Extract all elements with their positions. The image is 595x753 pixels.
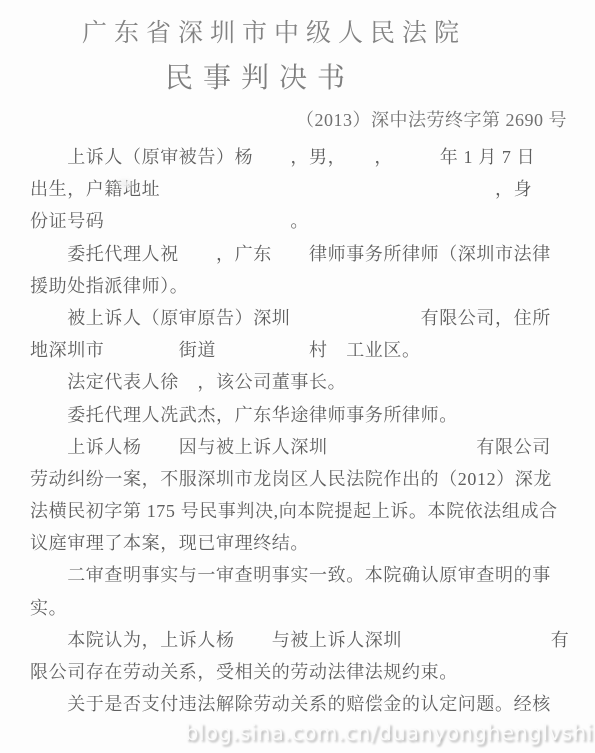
court-name-heading: 广东省深圳市中级人民法院 (0, 13, 548, 49)
body-line: 限公司存在劳动关系，受相关的劳动法律法规约束。 (30, 656, 575, 688)
judgment-body: 上诉人（原审被告）杨 ，男， ， 年 1 月 7 日 出生，户籍地址 ，身 份证… (30, 141, 575, 720)
body-line-facts: 二审查明事实与一审查明事实一致。本院确认原审查明的事 (30, 559, 575, 591)
body-line: 劳动纠纷一案，不服深圳市龙岗区人民法院作出的（2012）深龙 (30, 463, 575, 495)
body-line-agent: 委托代理人祝 ，广东 律师事务所律师（深圳市法律 (30, 238, 575, 270)
body-line: 出生，户籍地址 ，身 (30, 173, 575, 205)
watermark-url: blog.sina.com.cn/duanyonghenglvshi (185, 721, 593, 745)
body-line: 议庭审理了本案，现已审理终结。 (30, 527, 575, 559)
scan-smudge (118, 180, 132, 188)
document-title: 民事判决书 (0, 56, 520, 96)
body-line-agent-2: 委托代理人冼武杰，广东华途律师事务所律师。 (30, 399, 575, 431)
body-line-appellee: 被上诉人（原审原告）深圳 有限公司，住所 (30, 302, 575, 334)
body-line: 份证号码 。 (30, 205, 575, 237)
body-line-court-opinion: 本院认为，上诉人杨 与被上诉人深圳 有 (30, 624, 575, 656)
body-line: 援助处指派律师）。 (30, 270, 575, 302)
body-line-legal-representative: 法定代表人徐 ，该公司董事长。 (30, 366, 575, 398)
body-line-appellant: 上诉人（原审被告）杨 ，男， ， 年 1 月 7 日 (30, 141, 575, 173)
body-line-compensation-issue: 关于是否支付违法解除劳动关系的赔偿金的认定问题。经核 (30, 688, 575, 720)
body-line: 法横民初字第 175 号民事判决,向本院提起上诉。本院依法组成合 (30, 495, 575, 527)
judgment-document-page: 广东省深圳市中级人民法院 民事判决书 （2013）深中法劳终字第 2690 号 … (0, 0, 595, 753)
body-line: 实。 (30, 592, 575, 624)
body-line: 地深圳市 街道 村 工业区。 (30, 334, 575, 366)
body-line-case-intro: 上诉人杨 因与被上诉人深圳 有限公司 (30, 431, 575, 463)
case-number: （2013）深中法劳终字第 2690 号 (296, 106, 567, 132)
